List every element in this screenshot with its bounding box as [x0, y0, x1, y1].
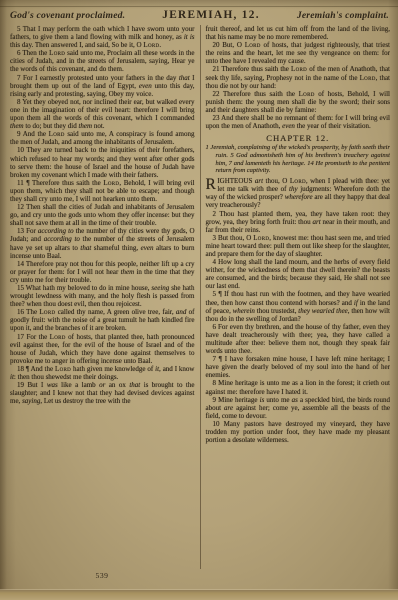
verse-paragraph: 8 Mine heritage is unto me as a lion in … — [206, 379, 391, 395]
verse-paragraph: 4 How long shall the land mourn, and the… — [206, 258, 391, 290]
drop-cap: R — [206, 178, 216, 193]
verse-paragraph: 9 Mine heritage is unto me as a speckled… — [206, 396, 391, 420]
verse-paragraph: RIGHTEOUS art thou, O Lord, when I plead… — [206, 177, 391, 209]
verse-paragraph: 7 ¶ I have forsaken mine house, I have l… — [206, 355, 391, 379]
top-page-edge — [0, 6, 398, 7]
verse-paragraph: 6 For even thy brethren, and the house o… — [206, 323, 391, 355]
left-column: 5 That I may perform the oath which I ha… — [10, 25, 201, 569]
verse-paragraph: 10 They are turned back to the iniquitie… — [10, 146, 195, 178]
header-left-title: God's covenant proclaimed. — [10, 10, 125, 21]
verse-paragraph: 12 Then shall the cities of Judah and in… — [10, 203, 195, 227]
verse-paragraph: 2 Thou hast planted them, yea, they have… — [206, 210, 391, 234]
verse-paragraph: 22 Therefore thus saith the Lord of host… — [206, 90, 391, 114]
running-header: God's covenant proclaimed. JEREMIAH, 12.… — [0, 0, 398, 22]
continuation-paragraph: fruit thereof, and let us cut him off fr… — [206, 25, 391, 41]
page-number: 539 — [10, 571, 194, 580]
verse-paragraph: 3 But thou, O Lord, knowest me: thou has… — [206, 234, 391, 258]
verse-paragraph: 7 For I earnestly protested unto your fa… — [10, 74, 195, 98]
verse-paragraph: 10 Many pastors have destroyed my vineya… — [206, 420, 391, 444]
verse-paragraph: 17 For the Lord of hosts, that planted t… — [10, 333, 195, 365]
verse-paragraph: 6 Then the Lord said unto me, Proclaim a… — [10, 49, 195, 73]
header-book-title: JEREMIAH, 12. — [162, 9, 260, 21]
verse-paragraph: 23 And there shall be no remnant of them… — [206, 114, 391, 130]
verse-paragraph: 9 And the Lord said unto me, A conspirac… — [10, 130, 195, 146]
verse-paragraph: 5 That I may perform the oath which I ha… — [10, 25, 195, 49]
bible-page: God's covenant proclaimed. JEREMIAH, 12.… — [0, 0, 398, 600]
verse-paragraph: 16 The Lord called thy name, A green oli… — [10, 308, 195, 332]
verse-paragraph: 21 Therefore thus saith the Lord of the … — [206, 65, 391, 89]
verse-paragraph: 20 But, O Lord of hosts, that judgest ri… — [206, 41, 391, 65]
verse-paragraph: 8 Yet they obeyed not, nor inclined thei… — [10, 98, 195, 130]
bottom-page-edge — [0, 590, 398, 600]
verse-paragraph: 18 ¶ And the Lord hath given me knowledg… — [10, 365, 195, 381]
right-column: fruit thereof, and let us cut him off fr… — [201, 25, 391, 569]
verse-paragraph: 15 What hath my beloved to do in mine ho… — [10, 284, 195, 308]
verse-paragraph: 5 ¶ If thou hast run with the footmen, a… — [206, 290, 391, 322]
header-right-title: Jeremiah's complaint. — [297, 10, 389, 21]
verse-paragraph: 14 Therefore pray not thou for this peop… — [10, 260, 195, 284]
verse-paragraph: 19 But I was like a lamb or an ox that i… — [10, 381, 195, 405]
chapter-summary: 1 Jeremiah, complaining of the wicked's … — [206, 144, 391, 175]
chapter-heading: CHAPTER 12. — [206, 134, 391, 142]
text-columns: 5 That I may perform the oath which I ha… — [10, 25, 390, 569]
verse-paragraph: 13 For according to the number of thy ci… — [10, 227, 195, 259]
verse-paragraph: 11 ¶ Therefore thus saith the Lord, Beho… — [10, 179, 195, 203]
